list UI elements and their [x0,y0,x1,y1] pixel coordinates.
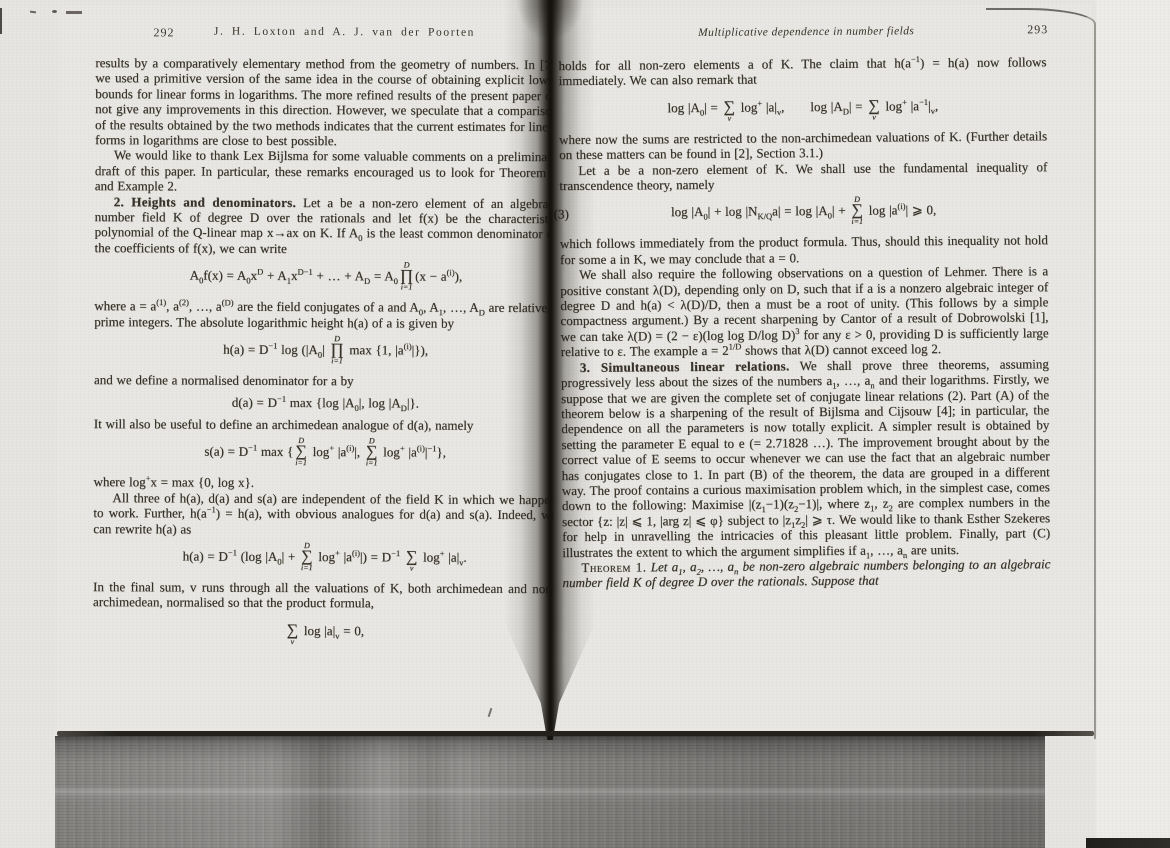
left-page-number: 292 [153,25,174,40]
paragraph: where a = a(1), a(2), …, a(D) are the fi… [94,298,557,331]
paragraph: We shall also require the following obse… [560,263,1049,359]
right-page-edge-line [986,8,1096,739]
book-gutter-shadow [504,0,596,740]
theorem-paragraph: Theorem 1. Let a1, a2, …, an be non-zero… [562,556,1050,591]
paragraph: Let a be a non-zero element of K. We sha… [559,159,1047,194]
display-equation: (3)log |A0| + log |NK/Qa| = log |A0| + D… [560,196,1048,230]
left-page: 292 J. H. Loxton and A. J. van der Poort… [56,5,550,738]
paragraph: holds for all non-zero elements a of K. … [558,54,1046,89]
scan-artifact-mark [66,11,82,14]
paragraph: In the final sum, v runs through all the… [93,579,556,612]
paragraph: where now the sums are restricted to the… [559,128,1047,163]
paragraph: All three of h(a), d(a) and s(a) are ind… [93,490,556,538]
paragraph: 2. Heights and denominators. Let a be a … [95,194,558,258]
left-page-body: results by a comparatively elementary me… [93,55,559,655]
display-equation: ∑v log |a|v = 0, [93,616,556,648]
paragraph: where log+x = max {0, log x}. [93,474,556,491]
bottom-right-dark-strip [1086,838,1170,848]
paragraph: 3. Simultaneous linear relations. We sha… [561,356,1051,560]
right-page-body: holds for all non-zero elements a of K. … [558,54,1050,591]
book-bottom-edge [57,731,1094,736]
left-running-head: J. H. Loxton and A. J. van der Poorten [189,25,499,38]
page-stack-band [55,736,1045,848]
display-equation: d(a) = D−1 max {log |A0|, log |AD|}. [94,394,557,411]
display-equation: h(a) = D−1 (log |A0| + D∑i=1 log+ |a(i)|… [93,542,556,574]
paragraph: results by a comparatively elementary me… [95,55,558,149]
display-equation: s(a) = D−1 max {D∑i=1 log+ |a(i)|, D∑i=1… [94,437,557,469]
paragraph: and we define a normalised denominator f… [94,372,557,389]
display-equation: A0f(x) = A0xD + A1xD−1 + … + AD = A0D∏i=… [94,261,557,293]
paragraph: It will also be useful to define an arch… [94,416,557,433]
paragraph: which follows immediately from the produ… [560,233,1048,268]
scan-background: 292 J. H. Loxton and A. J. van der Poort… [0,0,1170,848]
scan-artifact-mark [52,10,57,13]
scan-artifact-mark [30,11,36,14]
display-equation: log |A0| = ∑v log+ |a|v, log |AD| = ∑v l… [559,91,1047,125]
paragraph: We would like to thank Lex Bijlsma for s… [95,148,558,196]
scan-edge-tick [0,8,2,34]
left-page-header: 292 J. H. Loxton and A. J. van der Poort… [60,25,551,27]
display-equation: h(a) = D−1 log (|A0| D∏i=1 max {1, |a(i)… [94,335,557,367]
right-running-head: Multiplicative dependence in number fiel… [611,25,1001,40]
right-margin-area [1096,0,1170,848]
